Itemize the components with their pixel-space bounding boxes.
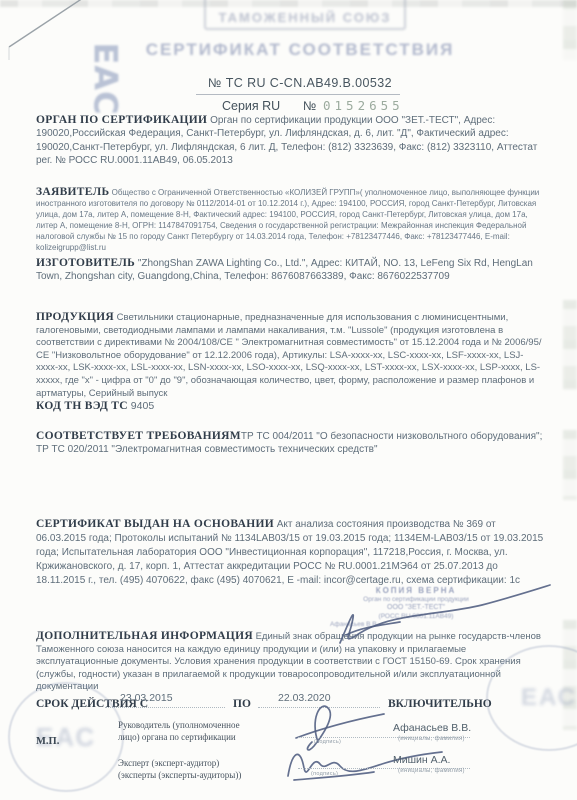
section-text: Общество с Ограниченной Ответственностью… xyxy=(36,188,539,252)
section-label: ЗАЯВИТЕЛЬ xyxy=(36,186,109,198)
section-label: ПРОДУКЦИЯ xyxy=(36,311,114,323)
signature-over-stamp xyxy=(322,575,557,650)
name-caption: (инициалы, фамилия) xyxy=(398,768,465,774)
customs-union-stamp-box: ТАМОЖЕННЫЙ СОЮЗ xyxy=(204,0,406,30)
section-text: Светильники стационарные, предназначенны… xyxy=(36,312,542,399)
head-role-label: Руководитель (уполномоченное лицо) орган… xyxy=(118,720,288,743)
sign-caption: (подпись) xyxy=(311,771,338,777)
document-title: СЕРТИФИКАТ СООТВЕТСТВИЯ xyxy=(140,40,460,60)
eac-mark-icon: EAC xyxy=(78,48,134,110)
expert-role-label: Эксперт (эксперт-аудитор) (эксперты (экс… xyxy=(118,758,288,781)
section-applicant: ЗАЯВИТЕЛЬ Общество с Ограниченной Ответс… xyxy=(36,187,550,253)
series-number: 0152655 xyxy=(323,98,404,113)
tnved-code-value: 9405 xyxy=(131,400,154,412)
section-label: ДОПОЛНИТЕЛЬНАЯ ИНФОРМАЦИЯ xyxy=(36,630,253,642)
validity-po-label: ПО xyxy=(233,694,251,712)
section-label: СООТВЕТСТВУЕТ ТРЕБОВАНИЯМ xyxy=(36,430,241,442)
expert-name: Мишин А.А. xyxy=(393,754,450,766)
scan-noise-edge xyxy=(563,0,577,60)
section-label: ОРГАН ПО СЕРТИФИКАЦИИ xyxy=(36,114,207,126)
validity-inclusive-label: ВКЛЮЧИТЕЛЬНО xyxy=(388,694,492,712)
section-certification-body: ОРГАН ПО СЕРТИФИКАЦИИ Орган по сертифика… xyxy=(36,114,544,168)
validity-from-date: 23.03.2015 xyxy=(120,692,173,704)
section-label: КОД ТН ВЭД ТС xyxy=(36,400,128,412)
scan-noise-edge xyxy=(563,430,577,500)
section-tnved-code: КОД ТН ВЭД ТС 9405 xyxy=(36,400,544,412)
seal-place-label: М.П. xyxy=(36,736,59,747)
certificate-number-underline xyxy=(196,94,400,95)
section-requirements: СООТВЕТСТВУЕТ ТРЕБОВАНИЯМТР ТС 004/2011 … xyxy=(36,430,544,457)
section-products: ПРОДУКЦИЯ Светильники стационарные, пред… xyxy=(36,311,544,400)
section-label: ИЗГОТОВИТЕЛЬ xyxy=(36,257,135,269)
series-number-sign: № xyxy=(303,99,316,113)
certificate-page: ТАМОЖЕННЫЙ СОЮЗ СЕРТИФИКАТ СООТВЕТСТВИЯ … xyxy=(0,0,577,800)
certificate-number: № ТС RU C-CN.АВ49.В.00532 xyxy=(160,76,440,90)
section-manufacturer: ИЗГОТОВИТЕЛЬ "ZhongShan ZAWA Lighting Co… xyxy=(36,257,544,284)
section-label: СЕРТИФИКАТ ВЫДАН НА ОСНОВАНИИ xyxy=(36,518,274,530)
customs-union-stamp-text: ТАМОЖЕННЫЙ СОЮЗ xyxy=(219,10,392,28)
series-label: Серия RU xyxy=(222,99,280,113)
scan-noise-edge xyxy=(563,300,577,390)
round-seal-stamp-left: ЕАС xyxy=(8,682,124,792)
validity-from-underline xyxy=(105,707,225,708)
